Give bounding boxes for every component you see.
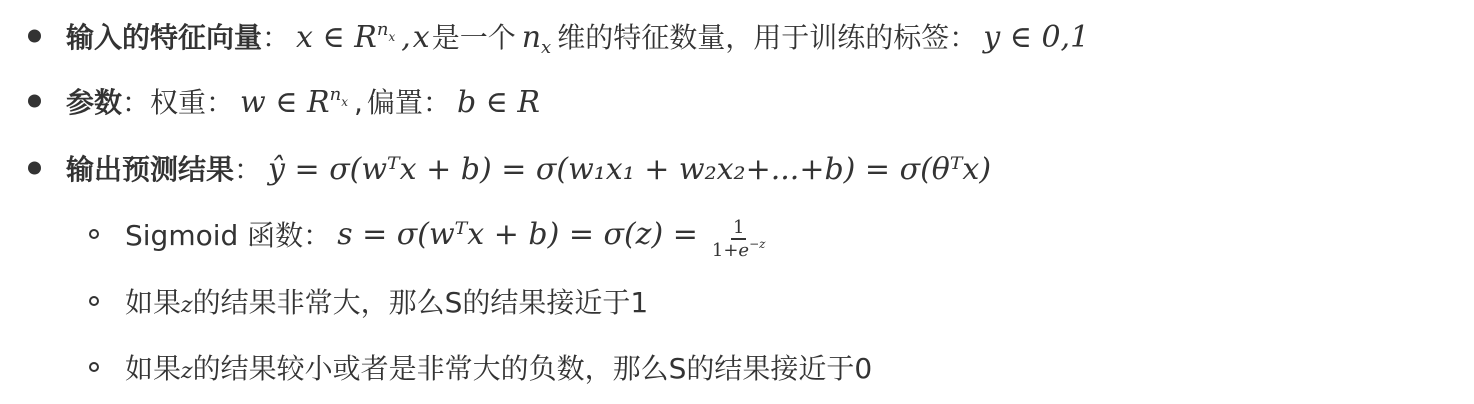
text-segment: 的结果较小或者是非常大的负数，那么S的结果接近于0 [193, 347, 873, 387]
separator: ： [262, 16, 290, 56]
circle-bullet-icon [89, 362, 99, 372]
text-segment: 权重： [150, 81, 234, 121]
separator: ： [122, 81, 150, 121]
math-prediction-formula: ŷ = σ(wᵀx + b) = σ(w₁x₁ + w₂x₂+...+b) = … [268, 152, 991, 187]
math-y-in-01: y ∈ 0,1 [983, 20, 1089, 55]
math-z: z [181, 359, 193, 384]
math-x: x [413, 20, 430, 55]
text-segment: 是一个 [432, 16, 516, 56]
text-segment: 如果 [125, 281, 181, 321]
disc-bullet-icon [28, 162, 41, 175]
text-segment: 如果 [125, 347, 181, 387]
circle-bullet-icon [89, 296, 99, 306]
separator: ： [234, 148, 262, 188]
math-nx: nx [522, 20, 551, 55]
text-segment: 偏置： [367, 81, 451, 121]
item-label: 参数 [66, 81, 122, 121]
disc-bullet-icon [28, 95, 41, 108]
math-sigmoid-formula: s = σ(wᵀx + b) = σ(z) = [337, 217, 698, 252]
comma: , [401, 20, 411, 55]
disc-bullet-icon [28, 30, 41, 43]
comma: , [354, 86, 363, 119]
item-label: 输入的特征向量 [66, 16, 262, 56]
math-w-in-r: w ∈ Rnx [240, 85, 348, 120]
text-segment: 维的特征数量，用于训练的标签： [557, 16, 977, 56]
text-segment: 的结果非常大，那么S的结果接近于1 [193, 281, 649, 321]
math-z: z [181, 293, 193, 318]
math-b-in-r: b ∈ R [457, 85, 540, 120]
item-label: 输出预测结果 [66, 148, 234, 188]
math-x-in-r: x ∈ Rnx [296, 20, 395, 55]
text-segment: Sigmoid 函数： [125, 214, 331, 254]
math-fraction: 1 1+e−z [712, 218, 766, 262]
circle-bullet-icon [89, 229, 99, 239]
